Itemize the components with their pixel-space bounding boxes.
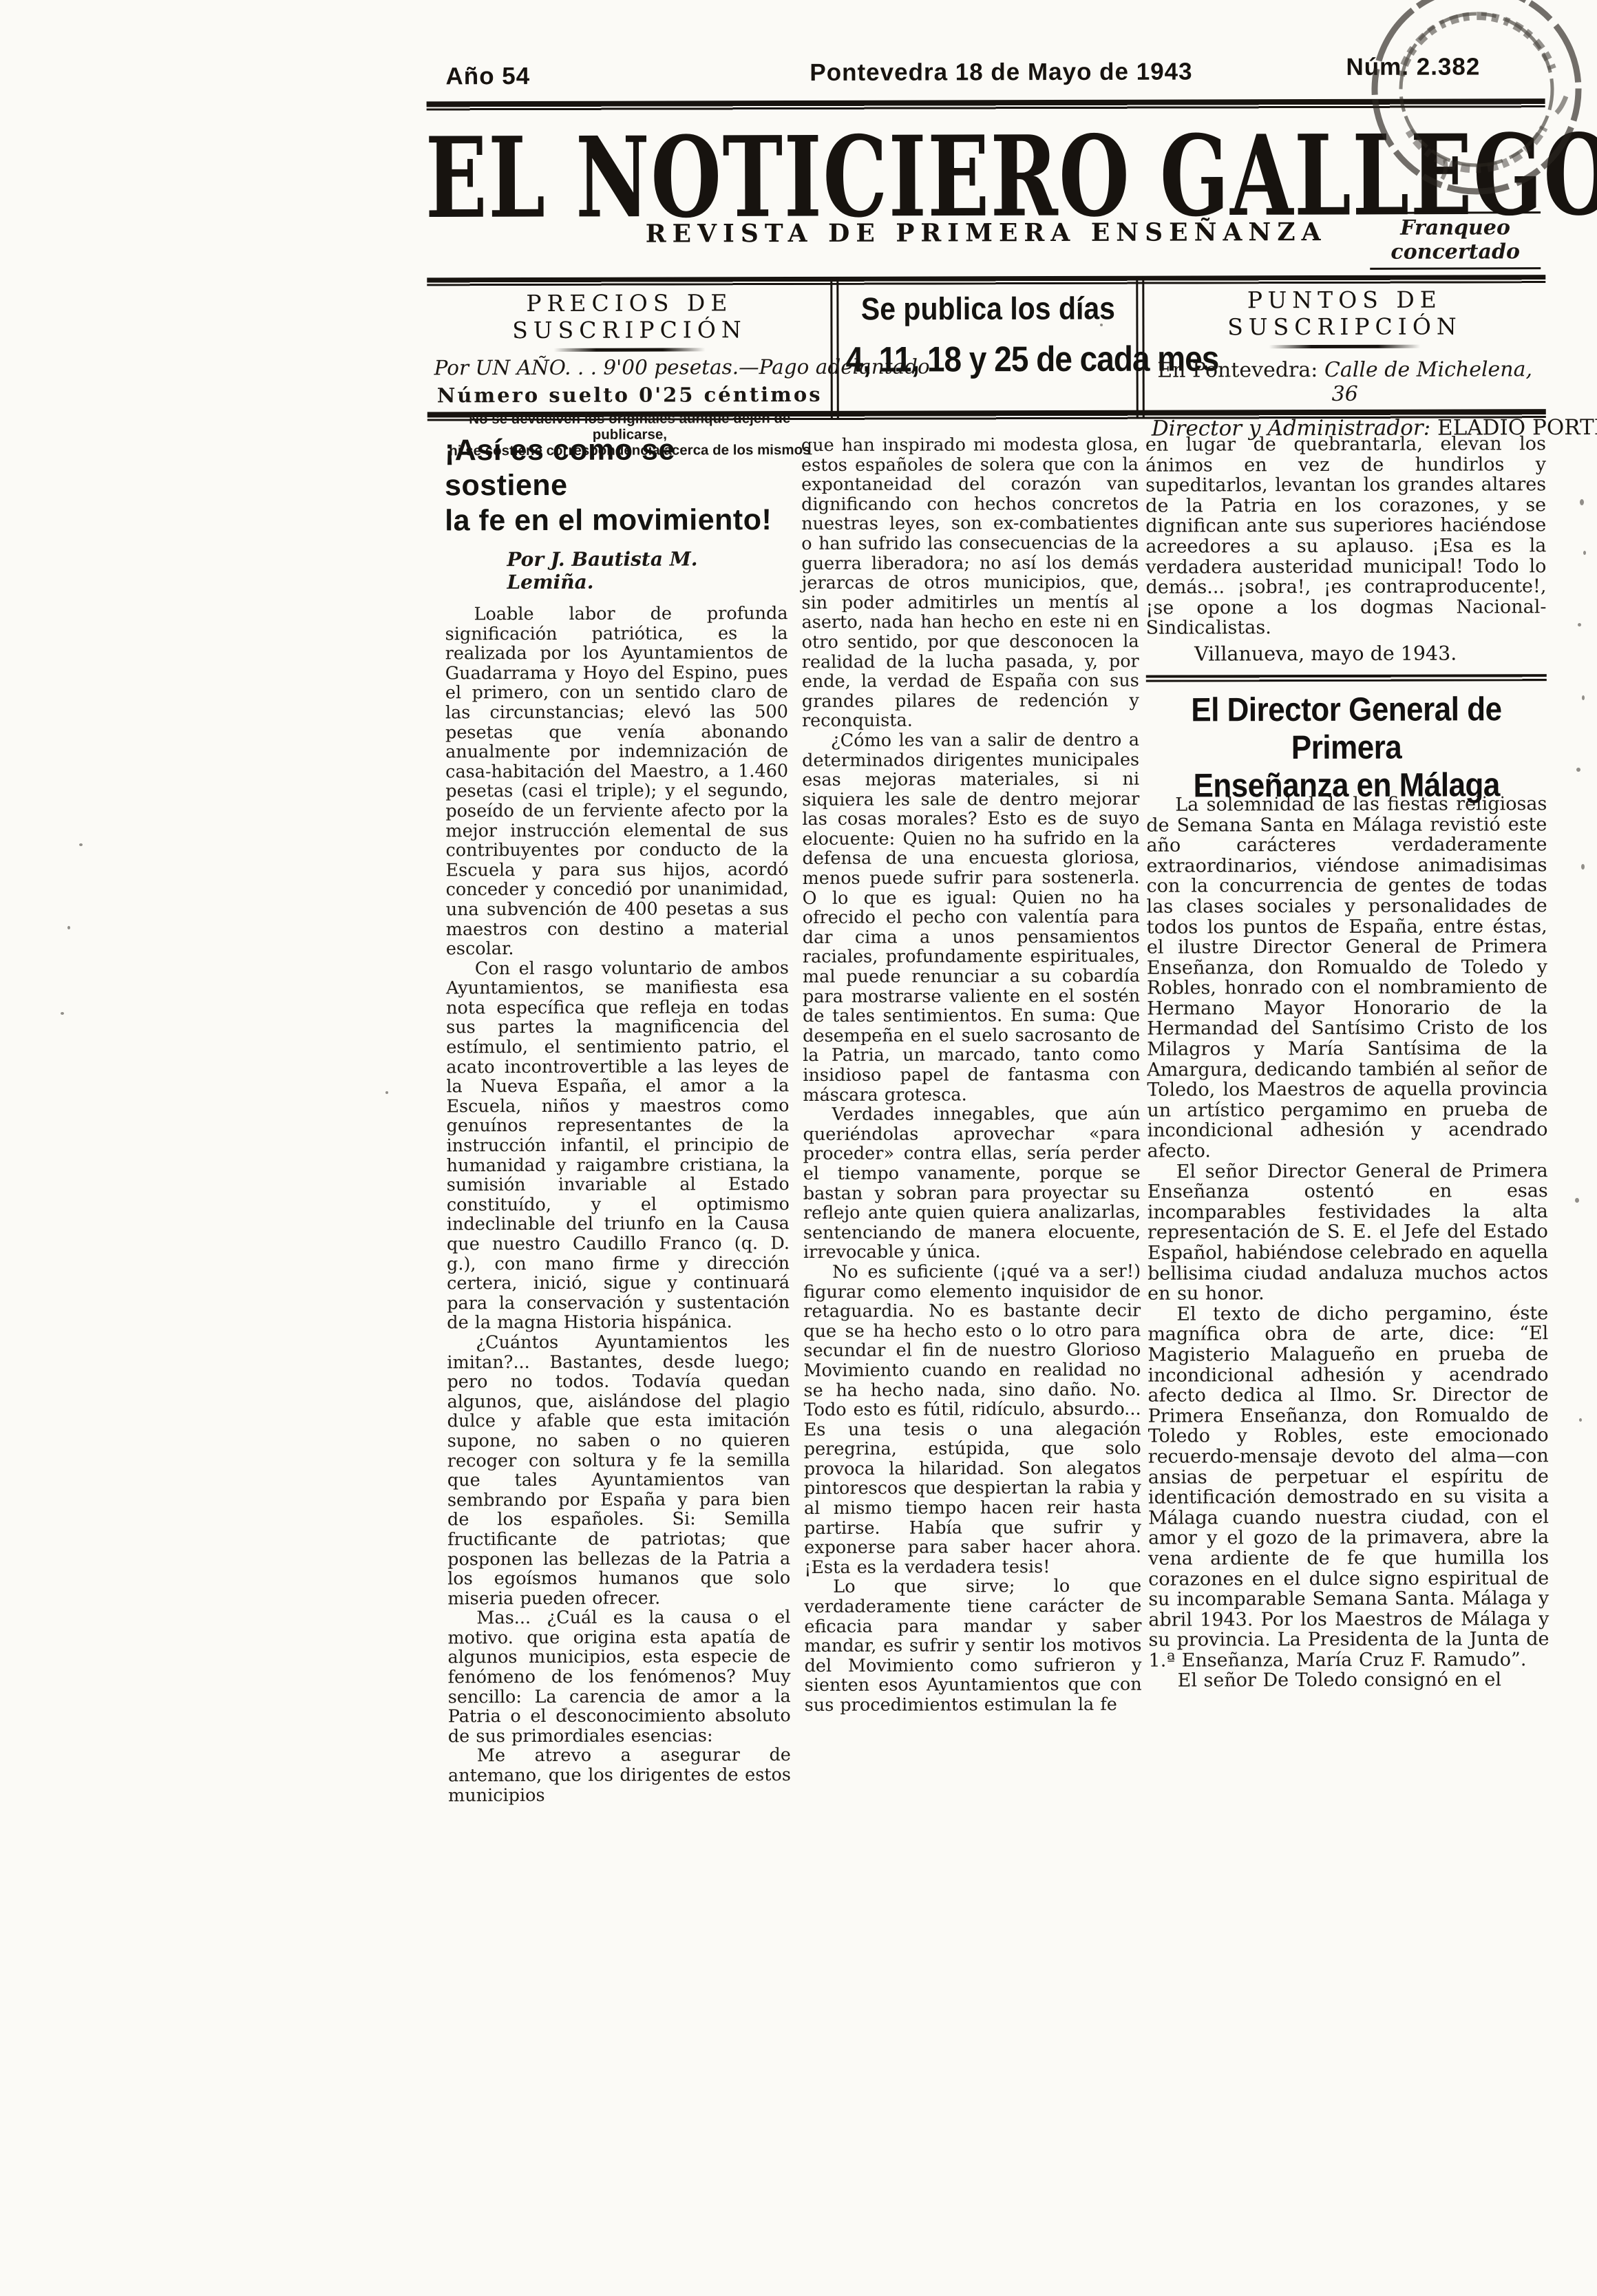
paragraph: Verdades innegables, que aún queriéndola… — [803, 1104, 1141, 1263]
printed-area: Año 54 Pontevedra 18 de Mayo de 1943 Núm… — [0, 0, 1597, 2296]
paragraph: Lo que sirve; lo que verdaderamente tien… — [804, 1577, 1142, 1715]
article1-signature: Villanueva, mayo de 1943. — [1146, 642, 1547, 666]
ornament-rule — [1269, 345, 1421, 349]
price-single-issue-line: Número suelto 0'25 céntimos — [434, 383, 825, 407]
scan-speck — [1581, 864, 1585, 870]
publication-days-box: Se publica los días 4, 11, 18 y 25 de ca… — [845, 293, 1130, 378]
scan-speck — [1100, 324, 1103, 326]
publication-days-line2: 4, 11, 18 y 25 de cada mes — [846, 337, 1131, 380]
scan-speck — [1579, 1418, 1582, 1422]
paragraph: El señor Director General de Primera Ens… — [1147, 1161, 1549, 1305]
paragraph: Me atrevo a asegurar de antemano, que lo… — [448, 1745, 791, 1805]
boxes-top-rule — [427, 275, 1545, 286]
scan-speck — [1578, 623, 1581, 626]
box-separator-left — [830, 277, 839, 419]
paragraph: Loable labor de profunda significación p… — [445, 604, 789, 959]
scan-speck — [1576, 768, 1580, 772]
edition-year: Año 54 — [445, 63, 530, 90]
scan-speck — [1580, 499, 1584, 505]
column-3: en lugar de quebrantarla, elevan los áni… — [1145, 434, 1550, 1692]
scan-speck — [1583, 551, 1586, 555]
scan-speck — [385, 1091, 388, 1094]
paragraph: que han inspirado mi modesta glosa, esto… — [801, 435, 1139, 731]
article1-byline: Por J. Bautista M. Lemiña. — [445, 547, 787, 593]
article1-title-line2: la fe en el movimiento! — [445, 503, 787, 538]
points-address-line: En Pontevedra: Calle de Michelena, 36 — [1152, 357, 1538, 406]
paragraph: ¿Cuántos Ayuntamientos les imitan?... Ba… — [447, 1332, 790, 1609]
paragraph: en lugar de quebrantarla, elevan los áni… — [1145, 434, 1547, 638]
points-title: PUNTOS DE SUSCRIPCIÓN — [1151, 286, 1538, 340]
article1-title-line1: ¡Así es como se sostiene — [445, 432, 787, 503]
scan-speck — [61, 1012, 64, 1015]
column-2: que han inspirado mi modesta glosa, esto… — [801, 435, 1142, 1716]
article1-col1-text: Loable labor de profunda significación p… — [445, 604, 792, 1806]
article1-title: ¡Así es como se sostiene la fe en el mov… — [445, 432, 787, 538]
article2-title-line1: El Director General de Primera — [1146, 691, 1547, 768]
paragraph: El texto de dicho pergamino, éste magníf… — [1147, 1303, 1549, 1671]
paragraph: No es suficiente (¡qué va a ser!) figura… — [803, 1262, 1141, 1578]
paragraph: Mas... ¿Cuál es la causa o el motivo. qu… — [447, 1608, 791, 1746]
prices-title: PRECIOS DE SUSCRIPCIÓN — [434, 289, 825, 344]
franqueo-concertado-box: Franqueo concertado — [1370, 211, 1541, 270]
address-label: En Pontevedra: — [1157, 358, 1318, 383]
scan-speck — [1582, 695, 1585, 700]
article2-title-line2: Enseñanza en Málaga — [1146, 766, 1547, 805]
paragraph: El señor De Toledo consignó en el — [1149, 1670, 1550, 1692]
paragraph: La solemnidad de las fiestas religiosas … — [1146, 794, 1547, 1161]
column-1: ¡Así es como se sostiene la fe en el mov… — [445, 432, 791, 1806]
paragraph: ¿Cómo les van a salir de dentro a determ… — [802, 730, 1140, 1106]
article1-col2-text: que han inspirado mi modesta glosa, esto… — [801, 435, 1142, 1716]
article2-top-rule — [1146, 674, 1547, 682]
article2-title: El Director General de Primera Enseñanza… — [1146, 691, 1547, 805]
paragraph: Con el rasgo voluntario de ambos Ayuntam… — [446, 958, 790, 1334]
article1-col3-text: en lugar de quebrantarla, elevan los áni… — [1145, 434, 1547, 638]
price-year-line: Por UN AÑO. . . 9'00 pesetas.—Pago adela… — [434, 355, 825, 379]
subscription-points-box: PUNTOS DE SUSCRIPCIÓN En Pontevedra: Cal… — [1151, 286, 1538, 441]
ornament-rule — [554, 348, 706, 352]
edition-date: Pontevedra 18 de Mayo de 1943 — [810, 59, 1192, 87]
publication-days-line1: Se publica los días — [845, 291, 1130, 328]
article2-text: La solemnidad de las fiestas religiosas … — [1146, 794, 1549, 1692]
scan-speck — [1575, 1198, 1579, 1203]
address-value: Calle de Michelena, 36 — [1324, 357, 1532, 406]
scan-speck — [564, 1707, 567, 1710]
newspaper-page: Año 54 Pontevedra 18 de Mayo de 1943 Núm… — [0, 0, 1597, 2296]
scan-speck — [79, 843, 83, 846]
scan-speck — [67, 926, 70, 929]
library-stamp-icon — [1360, 0, 1594, 207]
